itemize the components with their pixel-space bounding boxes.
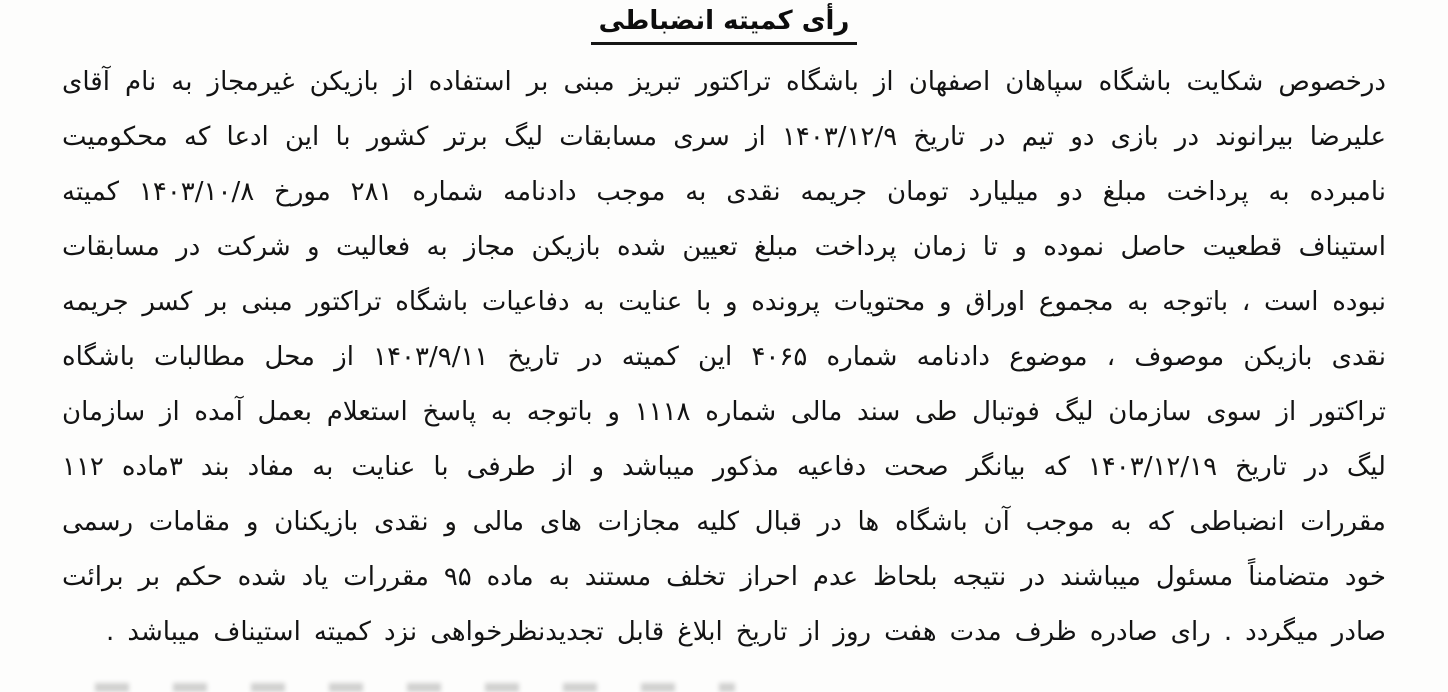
body-line-5: نبوده است ، باتوجه به مجموع اوراق و محتو…: [62, 275, 1386, 330]
document-title: رأی کمیته انضباطی: [591, 6, 858, 45]
body-line-7: تراکتور از سوی سازمان لیگ فوتبال طی سند …: [62, 385, 1386, 440]
title-row: رأی کمیته انضباطی: [0, 0, 1448, 45]
body-line-11: صادر میگردد . رای صادره ظرف مدت هفت روز …: [62, 605, 1386, 660]
body-line-6: نقدی بازیکن موصوف ، موضوع دادنامه شماره …: [62, 330, 1386, 385]
body-line-10: خود متضامناً مسئول میباشند در نتیجه بلحا…: [62, 550, 1386, 605]
scanned-document-page: رأی کمیته انضباطی درخصوص شکایت باشگاه سپ…: [0, 0, 1448, 692]
body-line-1: درخصوص شکایت باشگاه سپاهان اصفهان از باش…: [62, 55, 1386, 110]
ruling-body-text: درخصوص شکایت باشگاه سپاهان اصفهان از باش…: [0, 45, 1448, 660]
body-line-9: مقررات انضباطی که به موجب آن باشگاه ها د…: [62, 495, 1386, 550]
body-line-8: لیگ در تاریخ ۱۴۰۳/۱۲/۱۹ که بیانگر صحت دف…: [62, 440, 1386, 495]
body-line-3: نامبرده به پرداخت مبلغ دو میلیارد تومان …: [62, 165, 1386, 220]
scan-cutoff-artifact: [95, 683, 735, 692]
body-line-2: علیرضا بیرانوند در بازی دو تیم در تاریخ …: [62, 110, 1386, 165]
body-line-4: استیناف قطعیت حاصل نموده و تا زمان پرداخ…: [62, 220, 1386, 275]
